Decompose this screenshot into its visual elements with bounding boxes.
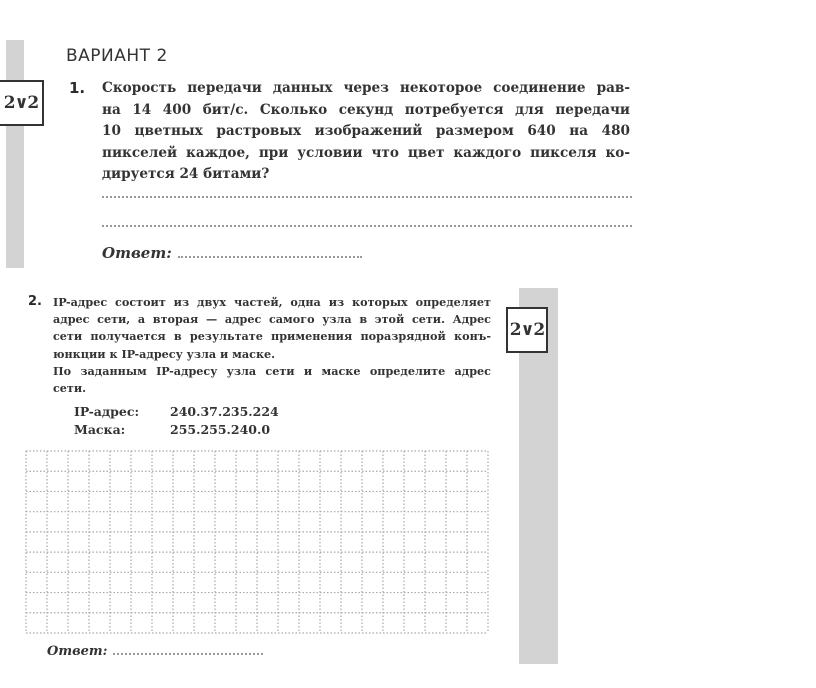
difficulty-badge-task-1: 2∨2 bbox=[0, 80, 44, 126]
work-line-2[interactable] bbox=[102, 225, 632, 227]
task-1-line: пикселей каждое, при условии что цвет ка… bbox=[102, 143, 630, 165]
work-line-1[interactable] bbox=[102, 196, 632, 198]
task-2-text: IP-адрес состоит из двух частей, одна из… bbox=[53, 294, 491, 397]
task-1-number: 1. bbox=[69, 79, 85, 97]
answer-label: Ответ: bbox=[102, 244, 172, 262]
mask-label: Маска: bbox=[74, 422, 125, 437]
scratch-grid[interactable] bbox=[25, 450, 489, 634]
answer-label: Ответ: bbox=[47, 644, 107, 659]
task-1-line: дируется 24 битами? bbox=[102, 164, 630, 186]
task-2-line: сети получается в результате применения … bbox=[53, 328, 491, 345]
task-2-line: адрес сети, а вторая — адрес самого узла… bbox=[53, 311, 491, 328]
task-2-line: сети. bbox=[53, 380, 491, 397]
task-2-line: IP-адрес состоит из двух частей, одна из… bbox=[53, 294, 491, 311]
task-2-line: юнкции к IP-адресу узла и маске. bbox=[53, 346, 491, 363]
task-1-line: Скорость передачи данных через некоторое… bbox=[102, 78, 630, 100]
task-2-answer-field[interactable] bbox=[113, 653, 263, 655]
task-1-answer: Ответ: bbox=[102, 244, 362, 262]
task-1-line: 10 цветных растровых изображений размеро… bbox=[102, 121, 630, 143]
task-1-line: на 14 400 бит/с. Сколько секунд потребуе… bbox=[102, 100, 630, 122]
ip-address-value: 240.37.235.224 bbox=[170, 404, 279, 419]
mask-row: Маска: 255.255.240.0 bbox=[74, 422, 125, 437]
task-1-text: Скорость передачи данных через некоторое… bbox=[102, 78, 630, 186]
ip-address-label: IP-адрес: bbox=[74, 404, 139, 419]
task-1-answer-field[interactable] bbox=[178, 256, 362, 258]
ip-address-row: IP-адрес: 240.37.235.224 bbox=[74, 404, 139, 419]
mask-value: 255.255.240.0 bbox=[170, 422, 270, 437]
margin-strip-left bbox=[6, 40, 24, 268]
variant-title: ВАРИАНТ 2 bbox=[66, 46, 168, 66]
task-2-number: 2. bbox=[28, 294, 42, 309]
task-2-answer: Ответ: bbox=[47, 644, 263, 659]
task-2-line: По заданным IP-адресу узла сети и маске … bbox=[53, 363, 491, 380]
difficulty-badge-task-2: 2∨2 bbox=[506, 307, 548, 353]
